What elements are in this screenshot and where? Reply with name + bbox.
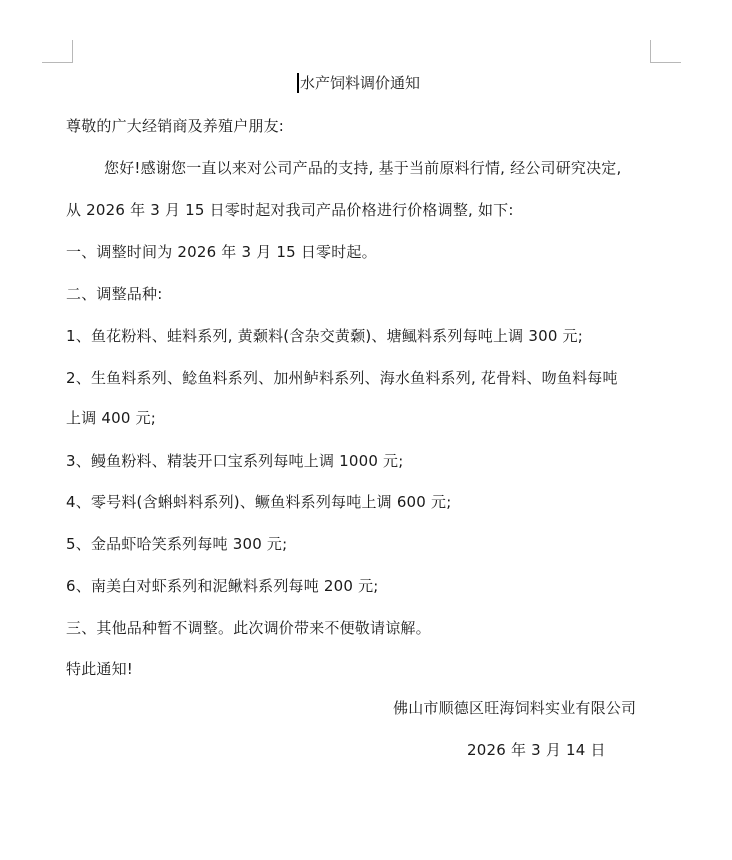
intro-paragraph-line-2[interactable]: 从 2026 年 3 月 15 日零时起对我司产品价格进行价格调整, 如下: bbox=[66, 200, 514, 220]
product-item-2-continuation[interactable]: 上调 400 元; bbox=[66, 408, 156, 428]
intro-paragraph-line-1[interactable]: 您好!感谢您一直以来对公司产品的支持, 基于当前原料行情, 经公司研究决定, bbox=[104, 158, 621, 178]
document-title[interactable]: 水产饲料调价通知 bbox=[300, 73, 420, 93]
document-page: 水产饲料调价通知 尊敬的广大经销商及养殖户朋友: 您好!感谢您一直以来对公司产品… bbox=[0, 0, 732, 860]
section-adjusted-products-heading[interactable]: 二、调整品种: bbox=[66, 284, 162, 304]
salutation[interactable]: 尊敬的广大经销商及养殖户朋友: bbox=[66, 116, 284, 136]
margin-corner-mark-top-left bbox=[42, 40, 73, 63]
margin-corner-mark-top-right bbox=[650, 40, 681, 63]
product-item-1[interactable]: 1、鱼花粉料、蛙料系列, 黄颡料(含杂交黄颡)、塘鲺料系列每吨上调 300 元; bbox=[66, 326, 583, 346]
section-adjustment-time[interactable]: 一、调整时间为 2026 年 3 月 15 日零时起。 bbox=[66, 242, 377, 262]
company-signature[interactable]: 佛山市顺德区旺海饲料实业有限公司 bbox=[393, 698, 636, 718]
product-item-3[interactable]: 3、鳗鱼粉料、精装开口宝系列每吨上调 1000 元; bbox=[66, 451, 404, 471]
product-item-2[interactable]: 2、生鱼料系列、鲶鱼料系列、加州鲈料系列、海水鱼料系列, 花骨料、吻鱼料每吨 bbox=[66, 368, 618, 388]
text-cursor bbox=[297, 73, 299, 93]
product-item-6[interactable]: 6、南美白对虾系列和泥鳅料系列每吨 200 元; bbox=[66, 576, 379, 596]
closing-remark[interactable]: 特此通知! bbox=[66, 659, 133, 679]
product-item-5[interactable]: 5、金品虾哈笑系列每吨 300 元; bbox=[66, 534, 287, 554]
notice-date[interactable]: 2026 年 3 月 14 日 bbox=[467, 740, 606, 760]
product-item-4[interactable]: 4、零号料(含蝌蚪料系列)、鳜鱼料系列每吨上调 600 元; bbox=[66, 492, 451, 512]
section-other-products[interactable]: 三、其他品种暂不调整。此次调价带来不便敬请谅解。 bbox=[66, 618, 431, 638]
